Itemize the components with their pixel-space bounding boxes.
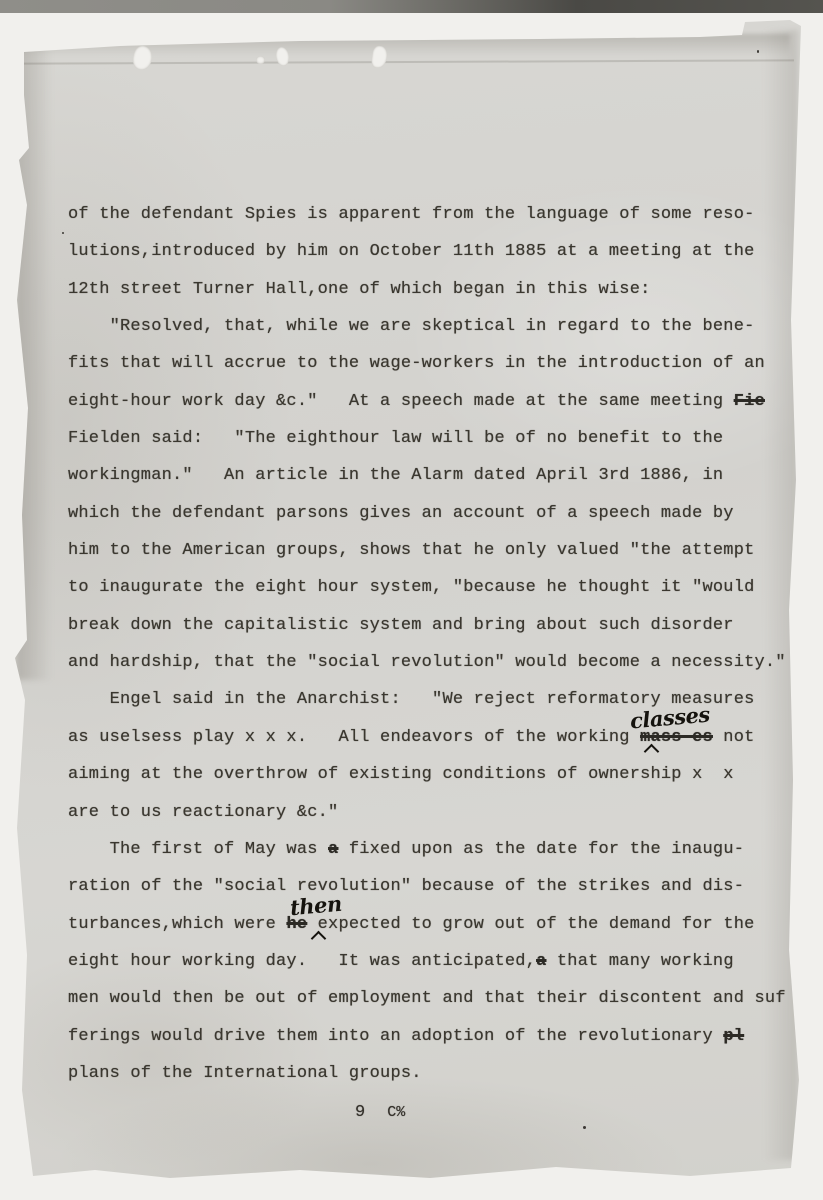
text-line: "Resolved, that, while we are skeptical … bbox=[68, 308, 778, 345]
text-segment: turbances,which were bbox=[68, 915, 286, 934]
text-segment: not bbox=[713, 728, 755, 747]
text-line: of the defendant Spies is apparent from … bbox=[68, 196, 778, 233]
text-line: as uselsess play x x x. All endeavors of… bbox=[68, 719, 778, 756]
text-segment: that many working bbox=[546, 952, 733, 971]
text-segment: ferings would drive them into an adoptio… bbox=[68, 1027, 723, 1046]
page-number: 9 bbox=[355, 1103, 365, 1122]
typewritten-text-block: of the defendant Spies is apparent from … bbox=[68, 196, 778, 1092]
text-line: which the defendant parsons gives an acc… bbox=[68, 495, 778, 532]
page-footer: 9C% bbox=[355, 1098, 405, 1128]
handwritten-insertion: classes bbox=[629, 703, 710, 731]
scanned-page-stage: of the defendant Spies is apparent from … bbox=[0, 0, 823, 1200]
text-line: workingman." An article in the Alarm dat… bbox=[68, 457, 778, 494]
handwritten-insertion: then bbox=[289, 892, 342, 917]
ink-speck bbox=[793, 985, 797, 989]
text-line: to inaugurate the eight hour system, "be… bbox=[68, 569, 778, 606]
text-line: aiming at the overthrow of existing cond… bbox=[68, 756, 778, 793]
struck-text: a bbox=[328, 840, 338, 859]
text-segment: expected to grow out of the demand for t… bbox=[307, 915, 754, 934]
text-line: 12th street Turner Hall,one of which beg… bbox=[68, 271, 778, 308]
text-line: are to us reactionary &c." bbox=[68, 794, 778, 831]
text-line: ration of the "social revolution" becaus… bbox=[68, 868, 778, 905]
ink-speck bbox=[62, 232, 64, 234]
text-segment: eight-hour work day &c." At a speech mad… bbox=[68, 392, 734, 411]
text-line: and hardship, that the "social revolutio… bbox=[68, 644, 778, 681]
text-line: ferings would drive them into an adoptio… bbox=[68, 1018, 778, 1055]
text-segment: eight hour working day. It was anticipat… bbox=[68, 952, 536, 971]
paper-hole bbox=[371, 45, 389, 69]
document-paper: of the defendant Spies is apparent from … bbox=[0, 0, 823, 1200]
scan-edge-band bbox=[0, 0, 823, 13]
text-line: turbances,which were he expected to grow… bbox=[68, 906, 778, 943]
struck-text: pl bbox=[723, 1027, 744, 1046]
text-line: break down the capitalistic system and b… bbox=[68, 607, 778, 644]
text-line: plans of the International groups. bbox=[68, 1055, 778, 1092]
text-line: Fielden said: "The eighthour law will be… bbox=[68, 420, 778, 457]
paper-hole bbox=[256, 56, 265, 64]
text-line: eight hour working day. It was anticipat… bbox=[68, 943, 778, 980]
text-line: fits that will accrue to the wage-worker… bbox=[68, 345, 778, 382]
text-segment: as uselsess play x x x. All endeavors of… bbox=[68, 728, 640, 747]
text-line: The first of May was a fixed upon as the… bbox=[68, 831, 778, 868]
text-segment: fixed upon as the date for the inaugu- bbox=[338, 840, 744, 859]
text-line: men would then be out of employment and … bbox=[68, 980, 778, 1017]
text-line: eight-hour work day &c." At a speech mad… bbox=[68, 383, 778, 420]
text-segment: The first of May was bbox=[68, 840, 328, 859]
struck-text: a bbox=[536, 952, 546, 971]
struck-text: Fie bbox=[734, 392, 765, 411]
footer-annotation-mark: C% bbox=[387, 1104, 405, 1121]
ink-speck bbox=[583, 1126, 586, 1129]
text-line: lutions,introduced by him on October 11t… bbox=[68, 233, 778, 270]
ink-speck bbox=[757, 50, 759, 53]
paper-edge-shadow-left bbox=[16, 40, 52, 680]
text-line: him to the American groups, shows that h… bbox=[68, 532, 778, 569]
